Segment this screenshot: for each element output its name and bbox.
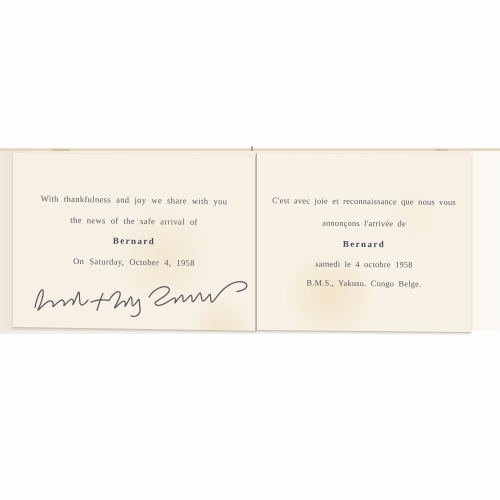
announcement-card-french: C'est avec joie et reconnaissance que no…: [256, 153, 471, 333]
location-line-french: B.M.S., Yakusu. Congo Belge.: [257, 277, 471, 291]
card-scan-photo: With thankfulness and joy we share with …: [0, 0, 500, 500]
baby-name-english: Bernard: [13, 233, 255, 249]
signature-handwriting: Harold & Gladys Saunders: [25, 263, 253, 321]
announcement-card-english: With thankfulness and joy we share with …: [13, 153, 256, 332]
english-line-2: the news of the safe arrival of: [13, 213, 255, 229]
english-line-1: With thankfulness and joy we share with …: [13, 192, 255, 208]
french-line-2: annonçons l'arrivée de: [257, 217, 471, 231]
baby-name-french: Bernard: [257, 237, 471, 251]
card-bottom-edge-shadow: [0, 331, 500, 334]
signature-strokes: [25, 263, 253, 321]
french-line-1: C'est avec joie et reconnaissance que no…: [257, 195, 471, 209]
date-line-french: samedi le 4 octobre 1958: [257, 258, 471, 272]
